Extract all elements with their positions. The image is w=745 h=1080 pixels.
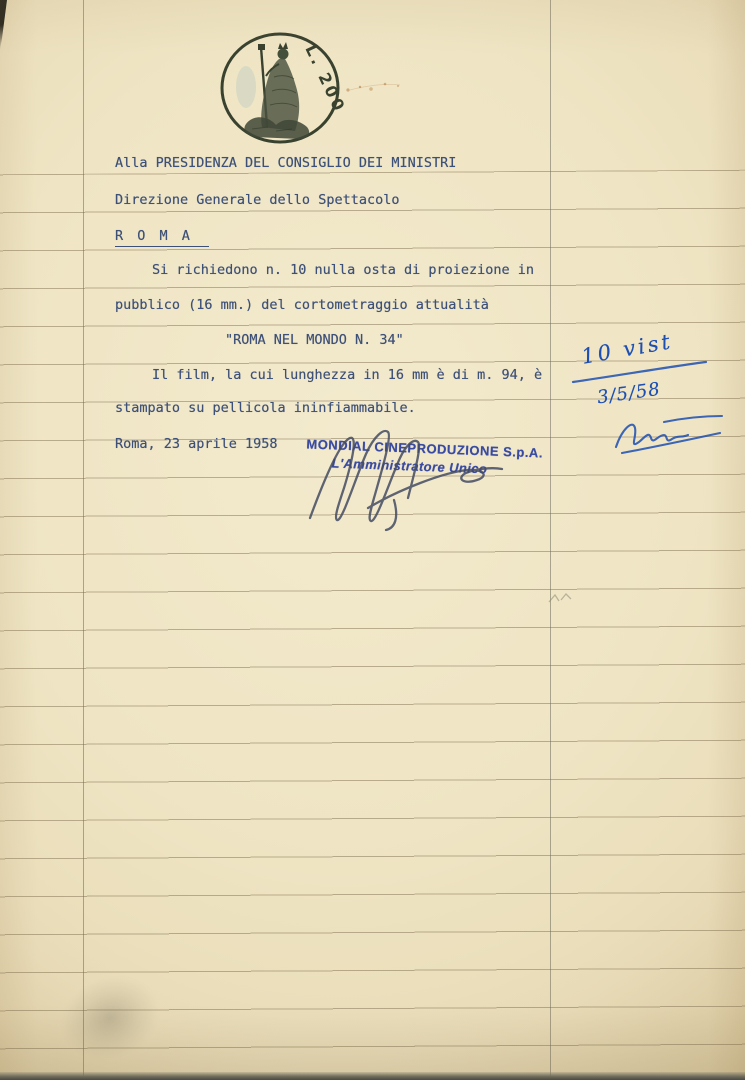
dateline: Roma, 23 aprile 1958: [115, 438, 278, 452]
revenue-stamp-seal-icon: L. 200: [218, 31, 344, 147]
recipient-line-2: Direzione Generale dello Spettacolo: [115, 194, 399, 208]
left-margin-rule: [83, 0, 84, 1080]
ink-smudge: [236, 66, 256, 108]
pencil-mark: [546, 590, 580, 606]
film-title: "ROMA NEL MONDO N. 34": [225, 334, 404, 348]
body-line-4: stampato su pellicola ininfiammabile.: [115, 402, 416, 416]
rust-specks: [340, 74, 420, 98]
handwritten-note: 10 vist: [580, 329, 675, 369]
recipient-city-text: R O M A: [115, 230, 209, 247]
scan-corner-artifact: [0, 0, 7, 50]
body-line-2: pubblico (16 mm.) del cortometraggio att…: [115, 299, 489, 313]
body-line-1: Si richiedono n. 10 nulla osta di proiez…: [152, 264, 534, 278]
recipient-line-1: Alla PRESIDENZA DEL CONSIGLIO DEI MINIST…: [115, 157, 456, 171]
handwritten-date: 3/5/58: [596, 379, 662, 409]
right-margin-rule: [550, 0, 551, 1080]
graphite-smudge: [49, 962, 172, 1074]
seal-denomination: L. 200: [301, 42, 344, 116]
handwritten-initials-signature: [606, 407, 728, 461]
scan-bottom-edge: [0, 1072, 745, 1080]
company-rubber-stamp: MONDIAL CINEPRODUZIONE S.p.A. L'Amminist…: [305, 436, 543, 478]
recipient-city: R O M A: [115, 230, 209, 247]
body-line-3: Il film, la cui lunghezza in 16 mm è di …: [152, 369, 542, 383]
scanned-letter-page: L. 200 Alla PRESIDENZA DEL CONSIGLIO DEI…: [0, 0, 745, 1080]
